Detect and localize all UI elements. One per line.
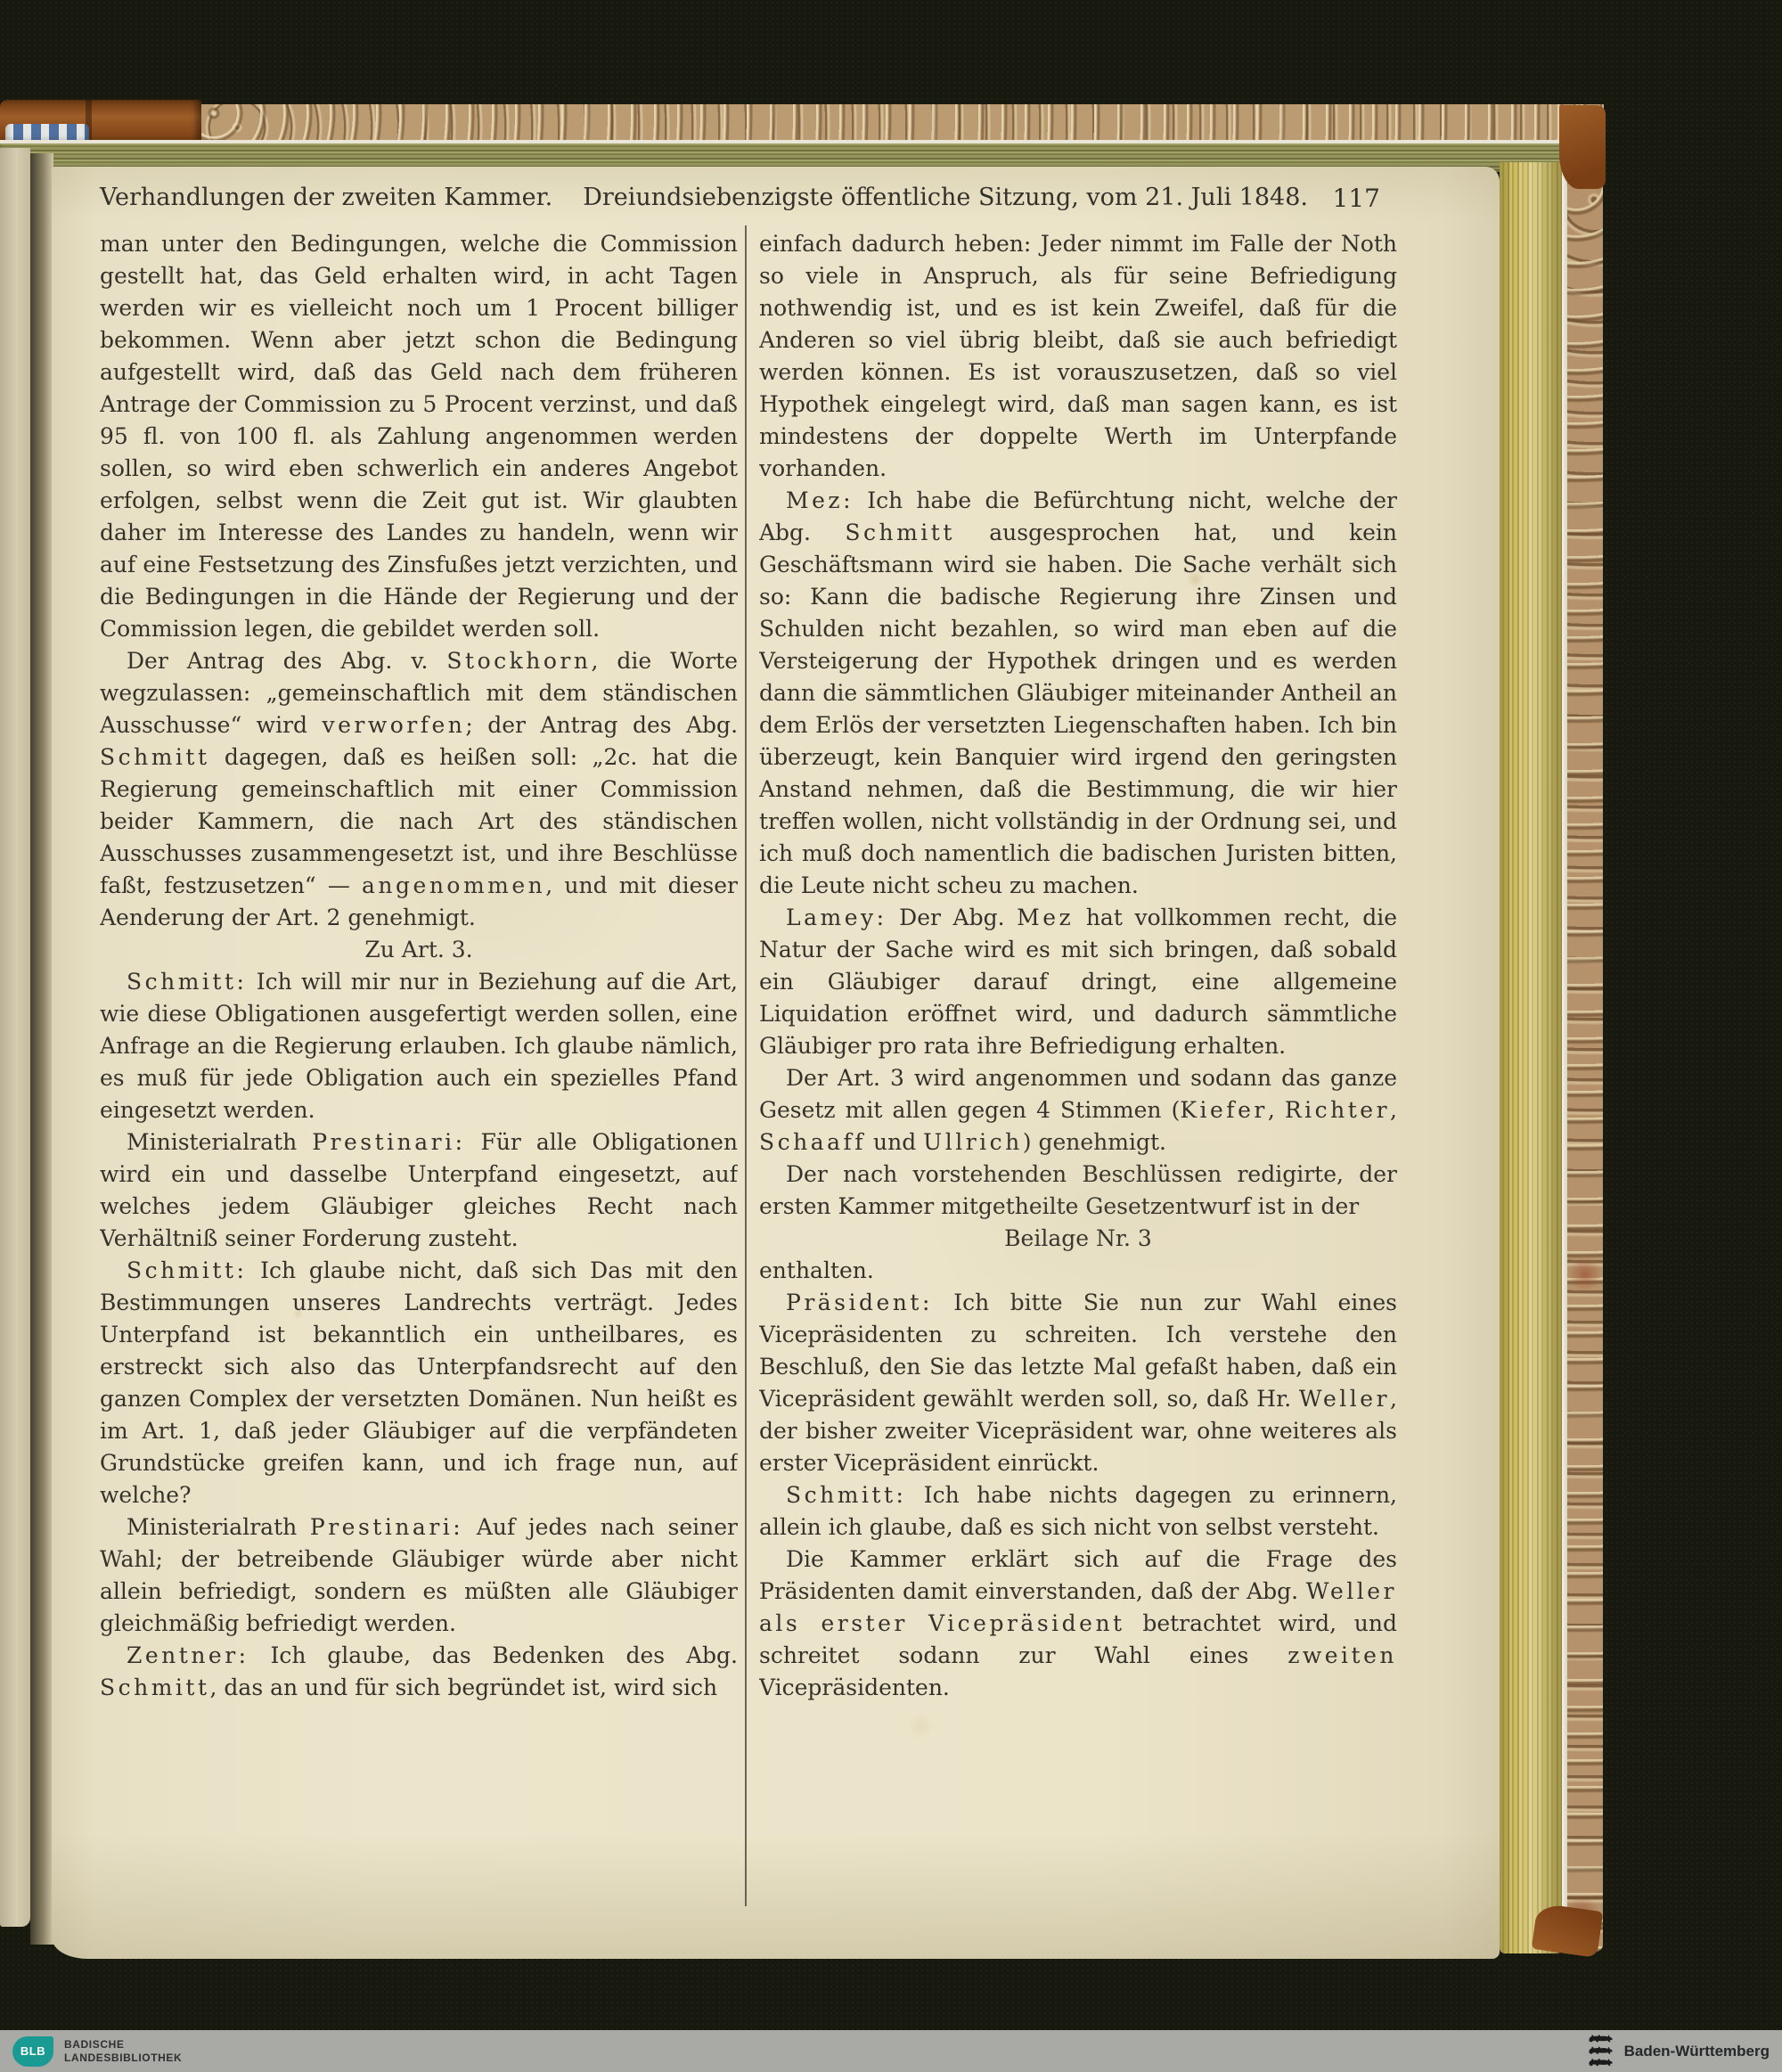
paragraph: Ministerialrath Prestinari: Für alle Obl…: [100, 1126, 738, 1255]
letterspaced-name: Zentner:: [127, 1642, 249, 1668]
letterspaced-name: Stockhorn: [446, 648, 591, 674]
paragraph: Die Kammer erklärt sich auf die Frage de…: [759, 1544, 1397, 1704]
text-run: und: [866, 1129, 923, 1155]
letterspaced-name: Schmitt:: [127, 1257, 247, 1283]
paragraph: Schmitt: Ich will mir nur in Beziehung a…: [100, 966, 738, 1126]
page-number: 117: [1333, 184, 1380, 213]
leather-corner-bottom: [1532, 1903, 1604, 1958]
letterspaced-name: Schmitt:: [786, 1482, 906, 1508]
letterspaced-name: Schaaff: [759, 1129, 866, 1155]
marbled-board-top-edge: [201, 104, 1604, 140]
text-block-fore-edge: [1500, 162, 1562, 1953]
paragraph: Beilage Nr. 3: [759, 1223, 1397, 1255]
viewer-footer-bar: BLB BADISCHE LANDESBIBLIOTHEK Baden-Würt…: [0, 2030, 1782, 2072]
letterspaced-name: Kiefer: [1180, 1097, 1267, 1123]
text-run: Der Abg.: [887, 905, 1018, 930]
text-column-right: einfach dadurch heben: Jeder nimmt im Fa…: [759, 228, 1397, 1918]
text-run: Der Antrag des Abg. v.: [127, 648, 446, 674]
text-run: man unter den Bedingungen, welche die Co…: [100, 231, 738, 642]
baden-wuerttemberg-lions-crest-icon: [1587, 2034, 1615, 2069]
text-run: ausgesprochen hat, und kein Geschäftsman…: [759, 520, 1397, 898]
paragraph: Lamey: Der Abg. Mez hat vollkommen recht…: [759, 902, 1397, 1062]
text-run: ,: [1268, 1097, 1285, 1123]
paragraph: Schmitt: Ich habe nichts dagegen zu erin…: [759, 1479, 1397, 1544]
letterspaced-name: Schmitt: [100, 1675, 210, 1700]
letterspaced-name: zweiten: [1287, 1642, 1397, 1668]
text-run: Ich glaube nicht, daß sich Das mit den B…: [100, 1257, 738, 1508]
text-run: Ich glaube, das Bedenken des Abg.: [249, 1642, 738, 1668]
paragraph: einfach dadurch heben: Jeder nimmt im Fa…: [759, 228, 1397, 485]
paragraph: Mez: Ich habe die Befürchtung nicht, wel…: [759, 485, 1397, 902]
library-name-line1: BADISCHE: [64, 2038, 182, 2052]
text-run: ,: [1390, 1097, 1397, 1123]
gutter-shadow: [30, 153, 53, 1945]
text-run: Ministerialrath: [127, 1129, 312, 1155]
letterspaced-name: Richter: [1285, 1097, 1390, 1123]
text-run: einfach dadurch heben: Jeder nimmt im Fa…: [759, 231, 1397, 481]
letterspaced-name: Schmitt:: [127, 969, 247, 995]
running-header-session: Dreiundsiebenzigste öffentliche Sitzung,…: [583, 184, 1308, 211]
running-header: Verhandlungen der zweiten Kammer.Dreiund…: [100, 184, 1165, 211]
column-divider-rule: [745, 225, 747, 1906]
letterspaced-name: Ullrich: [923, 1129, 1023, 1155]
scan-viewer: Verhandlungen der zweiten Kammer.Dreiund…: [0, 0, 1782, 2072]
letterspaced-name: Präsident:: [786, 1290, 933, 1315]
blb-badge-icon[interactable]: BLB: [12, 2036, 53, 2067]
text-run: , das an und für sich begründet ist, wir…: [210, 1675, 718, 1700]
blb-logo-link[interactable]: BLB BADISCHE LANDESBIBLIOTHEK: [12, 2036, 182, 2067]
letterspaced-name: Lamey:: [786, 905, 887, 930]
running-header-title: Verhandlungen der zweiten Kammer.: [100, 184, 552, 211]
paragraph: man unter den Bedingungen, welche die Co…: [100, 228, 738, 645]
text-column-left: man unter den Bedingungen, welche die Co…: [100, 228, 738, 1918]
paragraph: Der nach vorstehenden Beschlüssen redigi…: [759, 1159, 1397, 1223]
text-run: Die Kammer erklärt sich auf die Frage de…: [759, 1546, 1397, 1604]
paragraph: Der Art. 3 wird angenommen und sodann da…: [759, 1062, 1397, 1159]
leather-corner-top: [1559, 105, 1606, 189]
baden-wuerttemberg-link[interactable]: Baden-Württemberg: [1587, 2034, 1770, 2069]
paragraph: Schmitt: Ich glaube nicht, daß sich Das …: [100, 1255, 738, 1511]
letterspaced-name: angenommen: [362, 872, 545, 898]
library-name: BADISCHE LANDESBIBLIOTHEK: [64, 2038, 182, 2065]
text-run: ; der Antrag des Abg.: [465, 712, 738, 738]
state-name: Baden-Württemberg: [1624, 2043, 1770, 2060]
letterspaced-name: verworfen: [322, 712, 465, 738]
letterspaced-name: Prestinari:: [310, 1514, 463, 1540]
text-run: Vicepräsidenten.: [759, 1675, 950, 1700]
letterspaced-name: Prestinari:: [312, 1129, 465, 1155]
facing-page-sliver: [0, 148, 30, 1927]
text-run: Zu Art. 3.: [364, 937, 472, 962]
paragraph: Zu Art. 3.: [100, 934, 738, 966]
letterspaced-name: Weller: [1299, 1386, 1390, 1412]
paragraph: Zentner: Ich glaube, das Bedenken des Ab…: [100, 1640, 738, 1704]
marbled-board-edge: [1567, 169, 1603, 1952]
paragraph: enthalten.: [759, 1255, 1397, 1287]
paragraph: Präsident: Ich bitte Sie nun zur Wahl ei…: [759, 1287, 1397, 1479]
text-run: enthalten.: [759, 1257, 874, 1283]
letterspaced-name: Schmitt: [100, 744, 210, 770]
letterspaced-name: Mez: [1017, 905, 1074, 930]
book-page: Verhandlungen der zweiten Kammer.Dreiund…: [52, 167, 1500, 1959]
letterspaced-name: Schmitt: [845, 520, 955, 545]
text-run: Beilage Nr. 3: [1004, 1225, 1152, 1251]
text-run: ) genehmigt.: [1023, 1129, 1166, 1155]
library-name-line2: LANDESBIBLIOTHEK: [64, 2052, 182, 2065]
text-run: Ministerialrath: [127, 1514, 310, 1540]
paragraph: Ministerialrath Prestinari: Auf jedes na…: [100, 1511, 738, 1640]
letterspaced-name: Mez:: [786, 487, 854, 513]
paragraph: Der Antrag des Abg. v. Stockhorn, die Wo…: [100, 645, 738, 934]
text-run: Der nach vorstehenden Beschlüssen redigi…: [759, 1161, 1397, 1219]
